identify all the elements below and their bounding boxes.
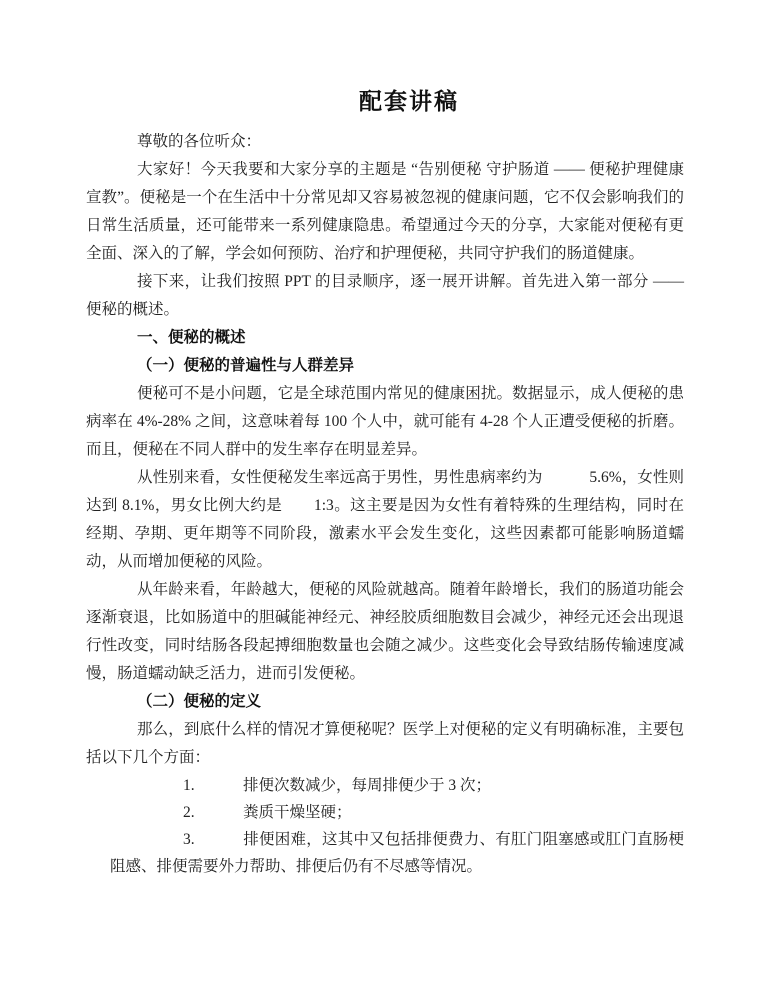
list-item-text: 排便次数减少，每周排便少于 3 次； (243, 777, 491, 794)
list-item-number: 2. (183, 799, 243, 826)
paragraph-age-difference: 从年龄来看，年龄越大，便秘的风险就越高。随着年龄增长，我们的肠道功能会逐渐衰退，… (86, 576, 684, 688)
paragraph-transition: 接下来，让我们按照 PPT 的目录顺序，逐一展开讲解。首先进入第一部分 —— 便… (86, 268, 684, 324)
document-body: 尊敬的各位听众： 大家好！今天我要和大家分享的主题是 “告别便秘 守护肠道 ——… (86, 128, 684, 880)
paragraph-intro: 大家好！今天我要和大家分享的主题是 “告别便秘 守护肠道 —— 便秘护理健康宣教… (86, 156, 684, 268)
subsection-heading-prevalence: （一）便秘的普遍性与人群差异 (86, 352, 684, 380)
list-item: 2.粪质干燥坚硬； (86, 799, 684, 826)
paragraph-prevalence: 便秘可不是小问题，它是全球范围内常见的健康困扰。数据显示，成人便秘的患病率在 4… (86, 380, 684, 464)
subsection-heading-definition: （二）便秘的定义 (86, 688, 684, 716)
paragraph-definition-intro: 那么，到底什么样的情况才算便秘呢？医学上对便秘的定义有明确标准，主要包括以下几个… (86, 716, 684, 772)
list-item: 3.排便困难，这其中又包括排便费力、有肛门阻塞感或肛门直肠梗阻感、排便需要外力帮… (86, 826, 684, 880)
list-item-text: 粪质干燥坚硬； (243, 804, 352, 821)
list-item: 1.排便次数减少，每周排便少于 3 次； (86, 772, 684, 799)
paragraph-gender-difference: 从性别来看，女性便秘发生率远高于男性，男性患病率约为 5.6%，女性则达到 8.… (86, 464, 684, 576)
list-item-number: 1. (183, 772, 243, 799)
list-item-number: 3. (183, 826, 243, 853)
section-heading-overview: 一、便秘的概述 (86, 324, 684, 352)
document-title: 配套讲稿 (24, 86, 770, 117)
paragraph-salutation: 尊敬的各位听众： (86, 128, 684, 156)
document-page: 配套讲稿 尊敬的各位听众： 大家好！今天我要和大家分享的主题是 “告别便秘 守护… (0, 0, 770, 1000)
